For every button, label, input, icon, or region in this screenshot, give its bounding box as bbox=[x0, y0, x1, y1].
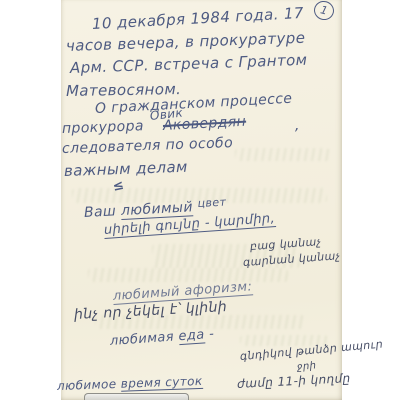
handwritten-comma: , bbox=[295, 118, 300, 134]
question-dash: - bbox=[209, 327, 215, 342]
question-word-underlined: время суток bbox=[120, 374, 202, 392]
handwritten-line: прокурора bbox=[62, 118, 144, 137]
question-word-underlined: еда bbox=[178, 327, 205, 345]
question-word: Ваш bbox=[84, 203, 117, 221]
answer-favorite-food-2: ջրի bbox=[297, 360, 317, 373]
bleed-through-smudge bbox=[235, 148, 330, 161]
question-word: любимое bbox=[57, 377, 117, 393]
page-number: 1 bbox=[319, 3, 329, 17]
scanned-page-photo: 1 10 декабря 1984 года. 17 часов вечера,… bbox=[0, 0, 400, 400]
object-edge-below-page bbox=[84, 393, 189, 400]
question-word-superscript: цвет bbox=[197, 196, 226, 210]
bleed-through-smudge bbox=[88, 268, 288, 282]
